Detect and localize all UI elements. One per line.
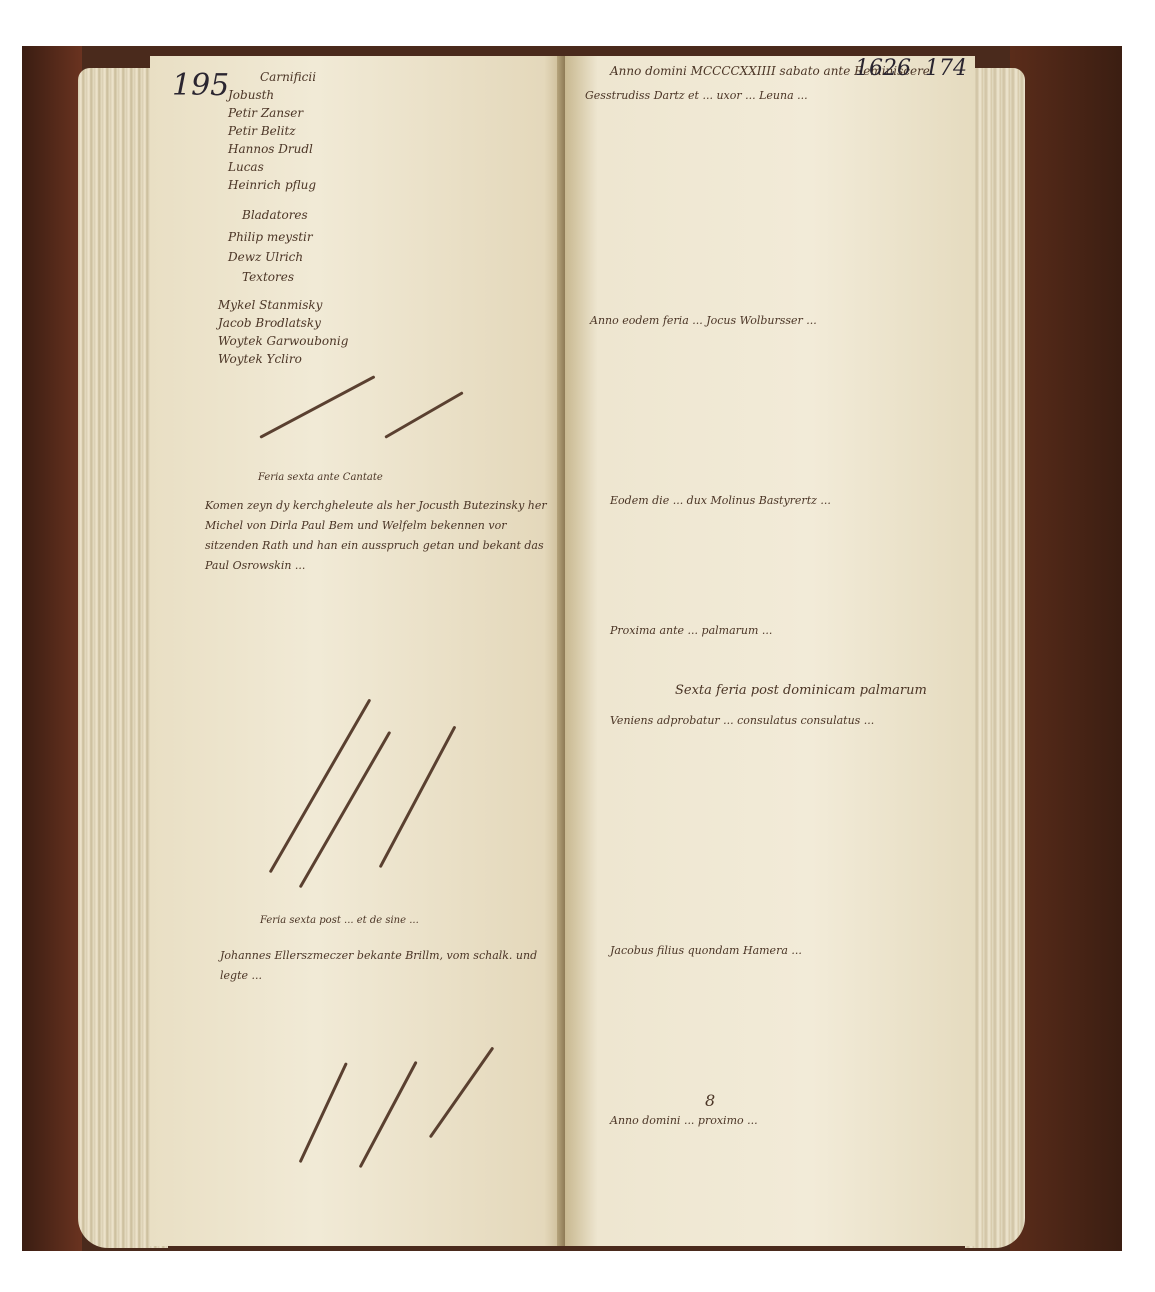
name: Jacob Brodlatsky bbox=[218, 314, 321, 333]
right-section-heading: Sexta feria post dominicam palmarum bbox=[675, 681, 927, 700]
name: Hannos Drudl bbox=[228, 140, 313, 159]
cancel-stroke bbox=[299, 1062, 348, 1163]
entry2-text: Johannes Ellerszmeczer bekante Brillm, v… bbox=[220, 946, 550, 986]
name: Woytek Garwoubonig bbox=[218, 332, 348, 351]
name: Woytek Ycliro bbox=[218, 350, 302, 369]
right-page: Anno domini MCCCCXXIIII sabato ante Remi… bbox=[565, 56, 975, 1246]
right-entry-5: Veniens adprobatur ... consulatus consul… bbox=[610, 711, 965, 731]
cover-left-board bbox=[22, 46, 82, 1251]
cancel-stroke bbox=[259, 375, 375, 439]
right-folio-year: 1626 bbox=[855, 56, 911, 81]
entry1-text: Komen zeyn dy kerchgheleute als her Jocu… bbox=[205, 496, 550, 576]
entry2-heading: Feria sexta post ... et de sine ... bbox=[260, 911, 419, 930]
cover-right-board bbox=[1010, 46, 1122, 1251]
name: Philip meystir bbox=[228, 228, 313, 247]
left-folio-number: 195 bbox=[172, 68, 229, 103]
right-entry-7: Anno domini ... proximo ... bbox=[610, 1111, 965, 1131]
left-page: 195 Carnificii Jobusth Petir Zanser Peti… bbox=[150, 56, 565, 1246]
cancel-stroke bbox=[379, 726, 457, 869]
left-heading-2: Bladatores bbox=[242, 206, 308, 225]
name: Heinrich pflug bbox=[228, 176, 316, 195]
cancel-stroke bbox=[384, 391, 463, 439]
right-marker: 8 bbox=[705, 1091, 715, 1110]
cancel-stroke bbox=[429, 1047, 495, 1139]
name: Lucas bbox=[228, 158, 264, 177]
name: Petir Zanser bbox=[228, 104, 303, 123]
left-heading: Carnificii bbox=[260, 68, 316, 87]
right-entry-1: Gesstrudiss Dartz et ... uxor ... Leuna … bbox=[585, 86, 965, 106]
right-entry-3: Eodem die ... dux Molinus Bastyrertz ... bbox=[610, 491, 965, 511]
right-entry-6: Jacobus filius quondam Hamera ... bbox=[610, 941, 965, 961]
name: Petir Belitz bbox=[228, 122, 296, 141]
name: Dewz Ulrich bbox=[228, 248, 303, 267]
name: Jobusth bbox=[228, 86, 274, 105]
right-folio-number: 174 bbox=[925, 56, 967, 81]
right-entry-2: Anno eodem feria ... Jocus Wolbursser ..… bbox=[590, 311, 965, 331]
left-heading-3: Textores bbox=[242, 268, 294, 287]
name: Mykel Stanmisky bbox=[218, 296, 322, 315]
cancel-stroke bbox=[299, 731, 392, 888]
cancel-stroke bbox=[359, 1061, 418, 1168]
entry1-heading: Feria sexta ante Cantate bbox=[258, 468, 383, 487]
right-entry-4: Proxima ante ... palmarum ... bbox=[610, 621, 965, 641]
